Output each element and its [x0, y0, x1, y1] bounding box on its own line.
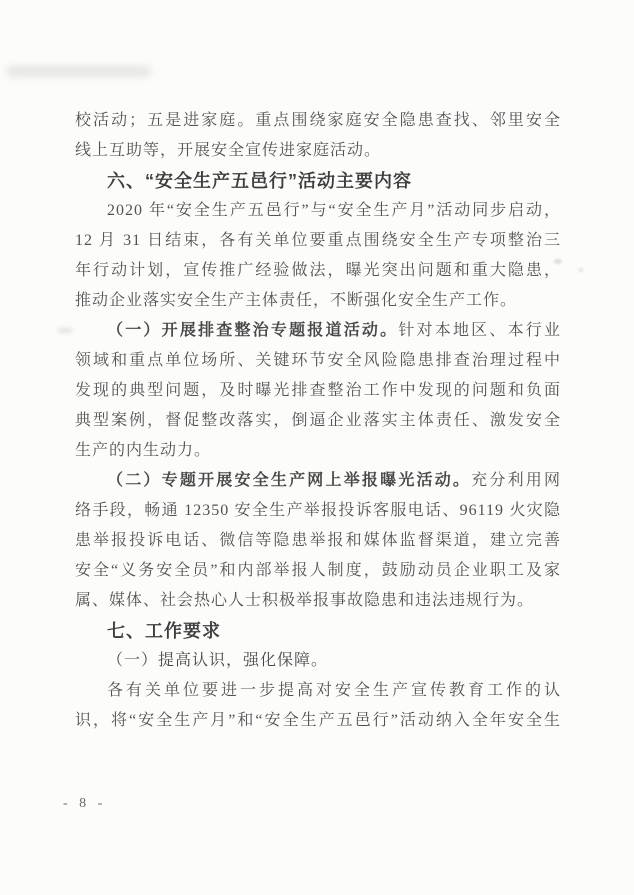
text-line: （一）提高认识，强化保障。	[75, 646, 561, 676]
text-line: 各有关单位要进一步提高对安全生产宣传教育工作的认	[75, 676, 561, 706]
text-line: 生产的内生动力。	[75, 436, 561, 466]
document-body: 校活动；五是进家庭。重点围绕家庭安全隐患查找、邻里安全线上互助等，开展安全宣传进…	[75, 106, 561, 736]
section-heading: 七、工作要求	[75, 616, 561, 646]
scan-artifact-smudge	[58, 328, 72, 333]
paragraph-lead-text: （一）开展排查整治专题报道活动。	[107, 322, 398, 339]
paragraph-text: 充分利用网	[471, 472, 561, 489]
scan-artifact-speck	[578, 268, 584, 272]
text-line: （二）专题开展安全生产网上举报曝光活动。充分利用网	[75, 466, 561, 496]
section-heading: 六、“安全生产五邑行”活动主要内容	[75, 166, 561, 196]
scanned-document-page: 校活动；五是进家庭。重点围绕家庭安全隐患查找、邻里安全线上互助等，开展安全宣传进…	[0, 0, 634, 895]
text-line: （一）开展排查整治专题报道活动。针对本地区、本行业	[75, 316, 561, 346]
text-line: 安全“义务安全员”和内部举报人制度，鼓励动员企业职工及家	[75, 556, 561, 586]
text-line: 校活动；五是进家庭。重点围绕家庭安全隐患查找、邻里安全	[75, 106, 561, 136]
text-line: 领域和重点单位场所、关键环节安全风险隐患排查治理过程中	[75, 346, 561, 376]
text-line: 年行动计划，宣传推广经验做法，曝光突出问题和重大隐患，	[75, 256, 561, 286]
scan-artifact-smudge	[6, 66, 151, 77]
text-line: 典型案例，督促整改落实，倒逼企业落实主体责任、激发安全	[75, 406, 561, 436]
page-number: - 8 -	[63, 796, 106, 812]
text-line: 络手段，畅通 12350 安全生产举报投诉客服电话、96119 火灾隐	[75, 496, 561, 526]
text-line: 线上互助等，开展安全宣传进家庭活动。	[75, 136, 561, 166]
text-line: 患举报投诉电话、微信等隐患举报和媒体监督渠道，建立完善	[75, 526, 561, 556]
paragraph-text: 针对本地区、本行业	[398, 322, 561, 339]
text-line: 识，将“安全生产月”和“安全生产五邑行”活动纳入全年安全生	[75, 706, 561, 736]
text-line: 推动企业落实安全生产主体责任，不断强化安全生产工作。	[75, 286, 561, 316]
text-line: 发现的典型问题，及时曝光排查整治工作中发现的问题和负面	[75, 376, 561, 406]
text-line: 12 月 31 日结束，各有关单位要重点围绕安全生产专项整治三	[75, 226, 561, 256]
paragraph-lead-text: （二）专题开展安全生产网上举报曝光活动。	[107, 472, 471, 489]
text-line: 属、媒体、社会热心人士积极举报事故隐患和违法违规行为。	[75, 586, 561, 616]
text-line: 2020 年“安全生产五邑行”与“安全生产月”活动同步启动，	[75, 196, 561, 226]
